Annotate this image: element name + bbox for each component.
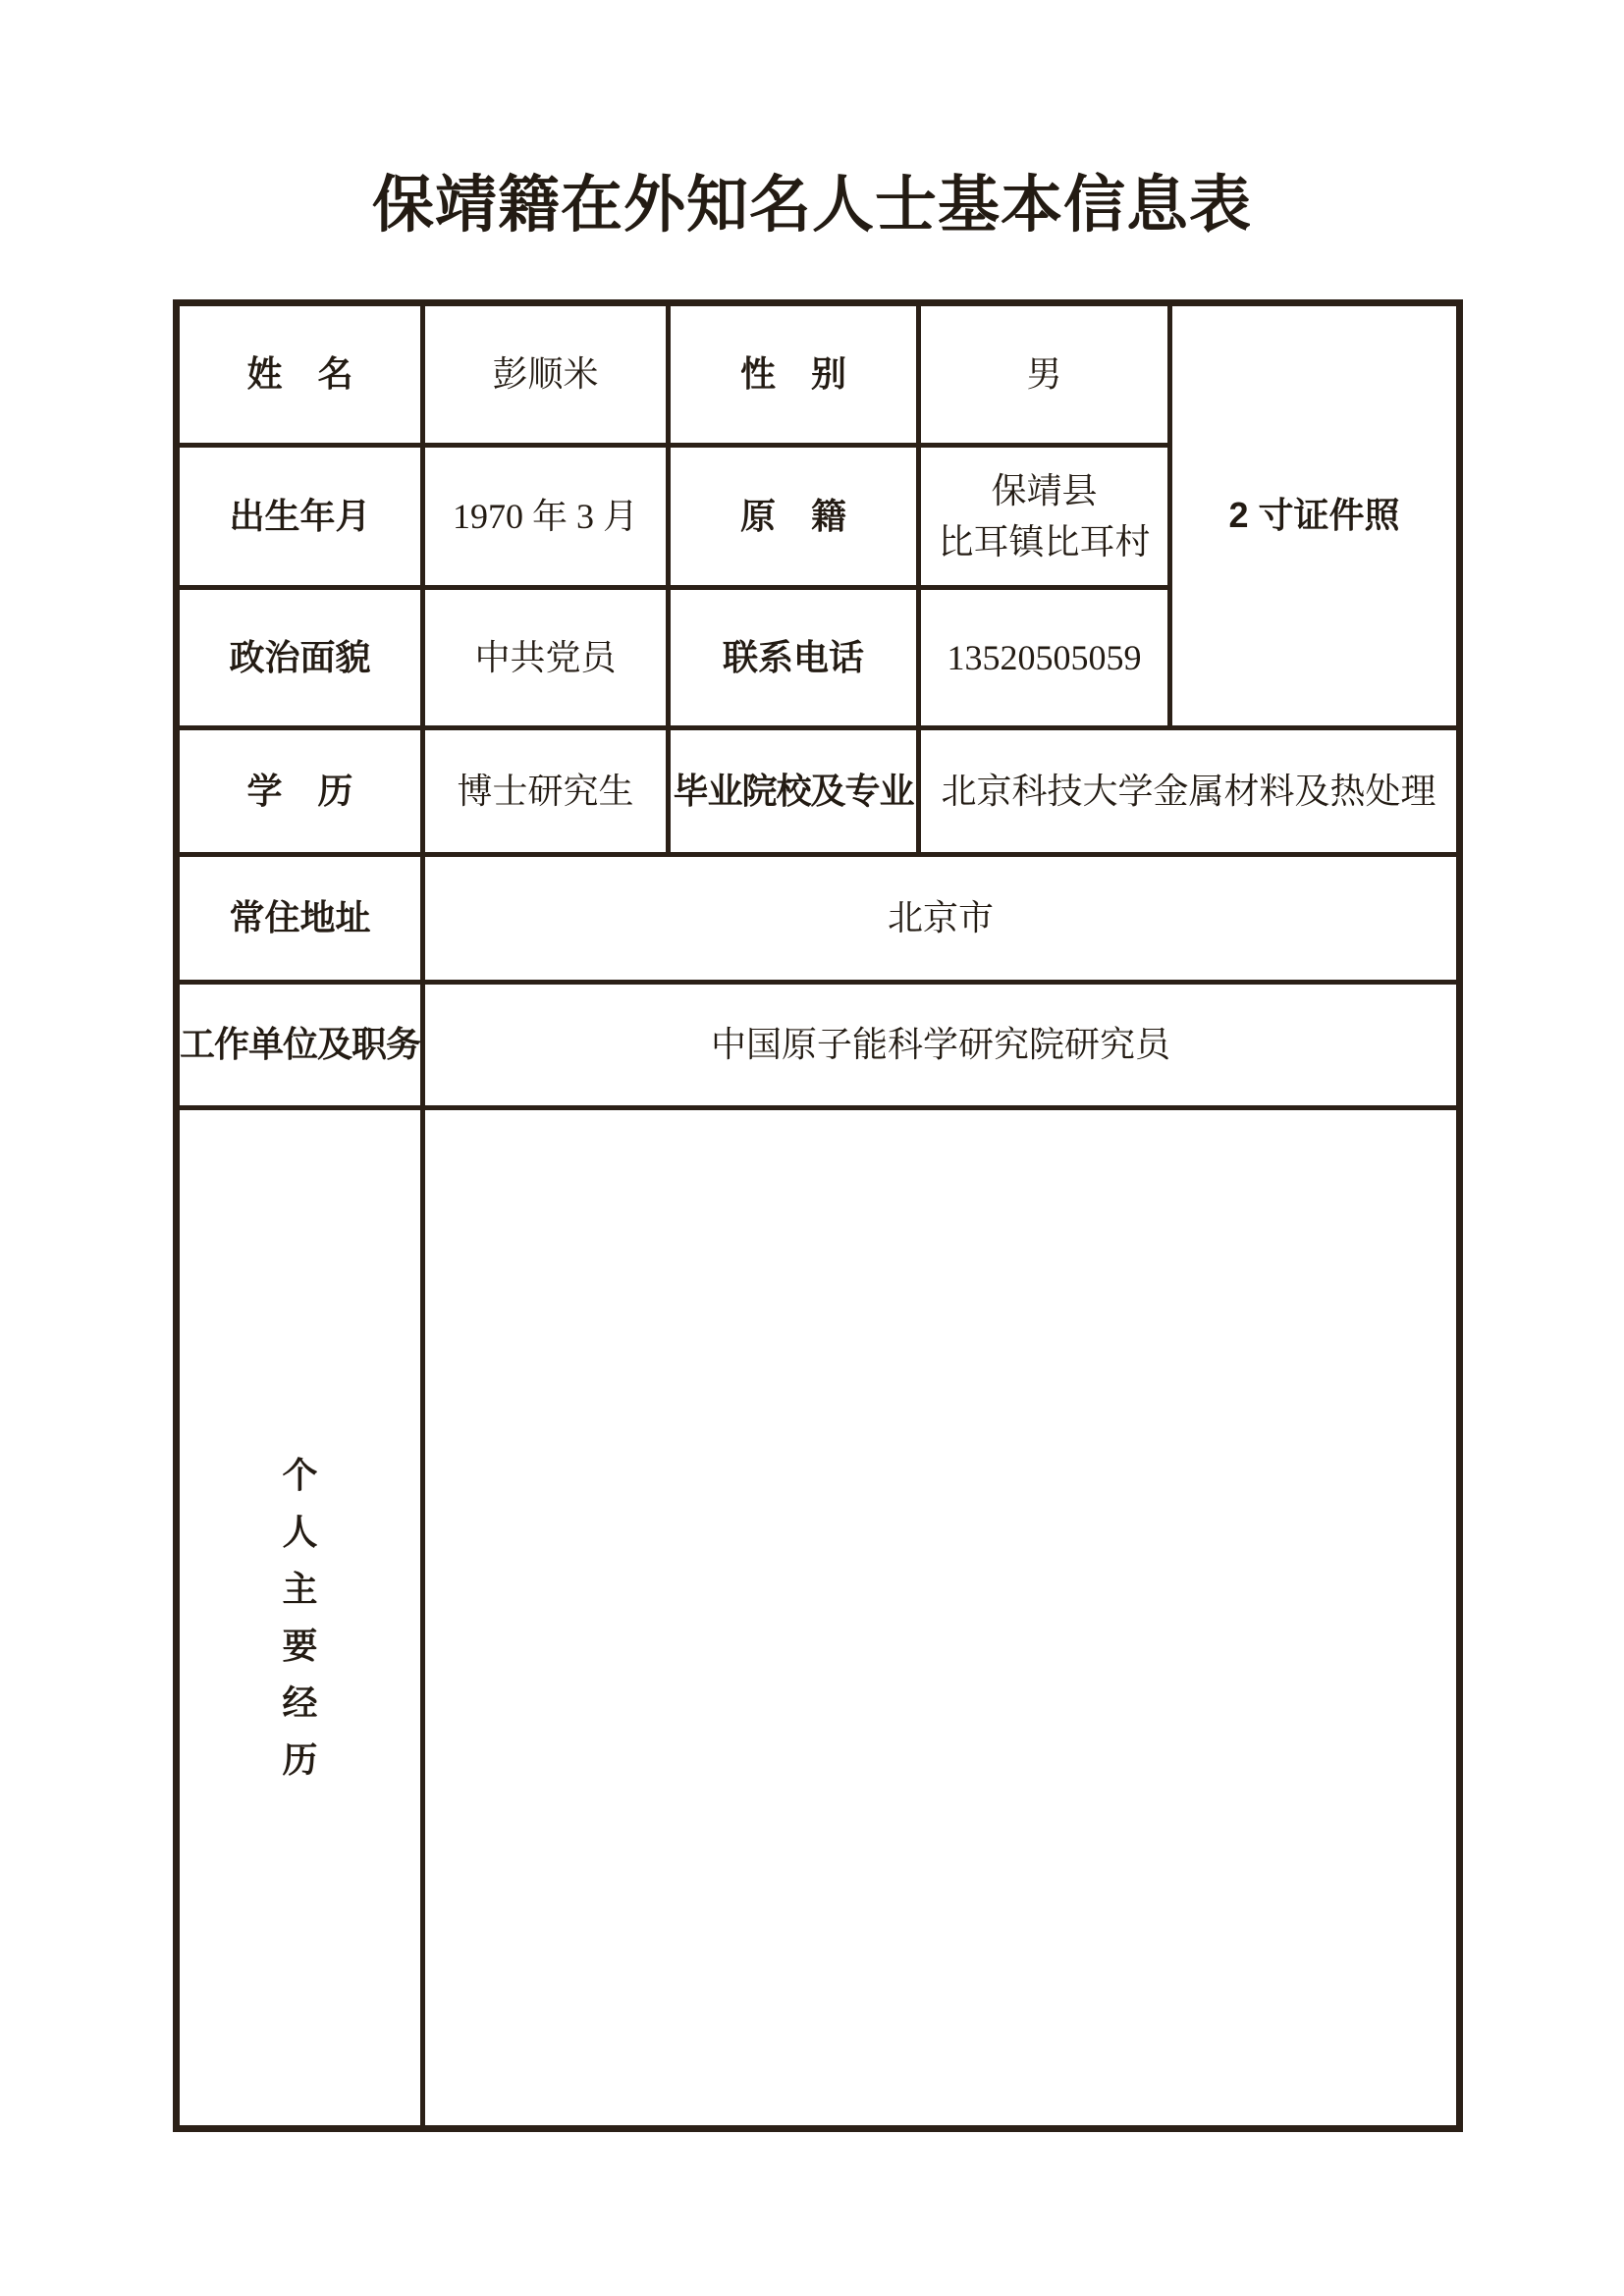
row-experience: 个 人 主 要 经 历 [177, 1108, 1460, 2129]
row-work: 工作单位及职务 中国原子能科学研究院研究员 [177, 983, 1460, 1108]
experience-label: 个 人 主 要 经 历 [177, 1108, 423, 2129]
origin-value-line1: 保靖县 [921, 465, 1167, 516]
birth-label: 出生年月 [177, 446, 423, 588]
gender-value: 男 [919, 303, 1170, 446]
school-label: 毕业院校及专业 [669, 728, 919, 855]
experience-content-cell [423, 1108, 1460, 2129]
work-value: 中国原子能科学研究院研究员 [423, 983, 1460, 1108]
row-name-gender: 姓 名 彭顺米 性 别 男 2 寸证件照 [177, 303, 1460, 446]
name-label: 姓 名 [177, 303, 423, 446]
origin-value: 保靖县 比耳镇比耳村 [919, 446, 1170, 588]
name-value: 彭顺米 [423, 303, 669, 446]
experience-label-vertical-text: 个 人 主 要 经 历 [180, 1458, 420, 1778]
phone-value: 13520505059 [919, 588, 1170, 728]
origin-label: 原 籍 [669, 446, 919, 588]
row-address: 常住地址 北京市 [177, 855, 1460, 983]
phone-label: 联系电话 [669, 588, 919, 728]
work-label: 工作单位及职务 [177, 983, 423, 1108]
education-label: 学 历 [177, 728, 423, 855]
document-page: 保靖籍在外知名人士基本信息表 姓 名 彭顺米 性 别 男 2 寸证件照 出生年月… [0, 0, 1624, 2296]
address-label: 常住地址 [177, 855, 423, 983]
info-table: 姓 名 彭顺米 性 别 男 2 寸证件照 出生年月 1970 年 3 月 原 籍… [173, 299, 1463, 2132]
page-title: 保靖籍在外知名人士基本信息表 [0, 175, 1624, 237]
gender-label: 性 别 [669, 303, 919, 446]
politics-value: 中共党员 [423, 588, 669, 728]
politics-label: 政治面貌 [177, 588, 423, 728]
education-value: 博士研究生 [423, 728, 669, 855]
row-education-school: 学 历 博士研究生 毕业院校及专业 北京科技大学金属材料及热处理 [177, 728, 1460, 855]
certificate-photo-cell: 2 寸证件照 [1170, 303, 1460, 728]
origin-value-line2: 比耳镇比耳村 [921, 516, 1167, 567]
birth-value: 1970 年 3 月 [423, 446, 669, 588]
address-value: 北京市 [423, 855, 1460, 983]
school-value: 北京科技大学金属材料及热处理 [919, 728, 1460, 855]
